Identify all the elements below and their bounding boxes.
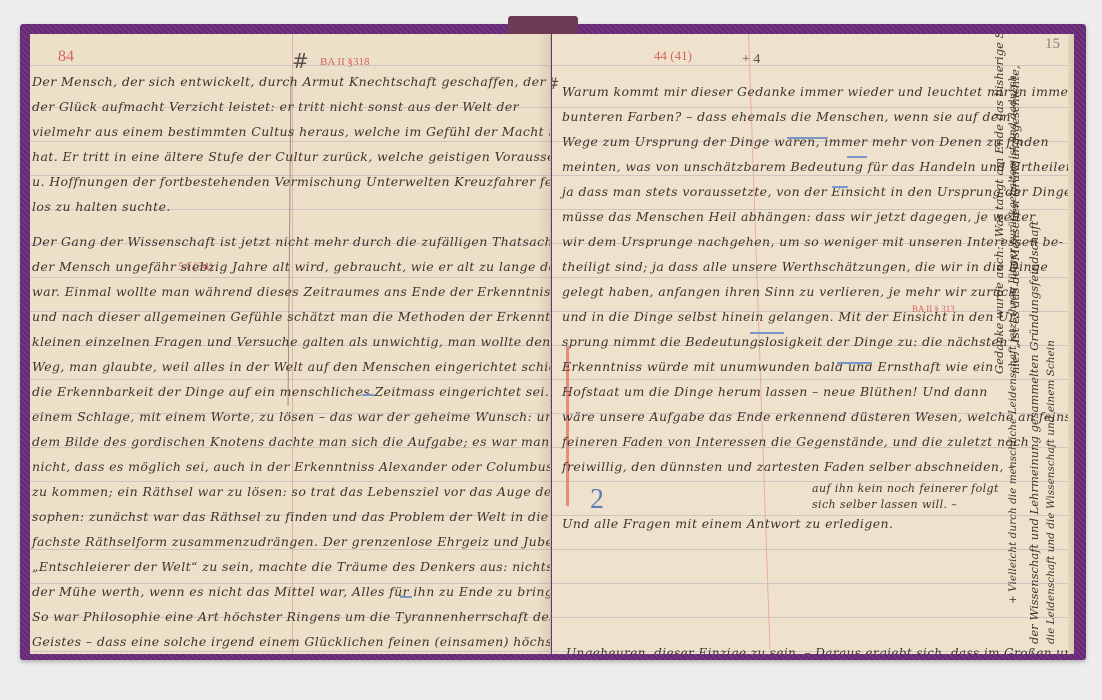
blue-pencil-number: 2 xyxy=(590,484,604,516)
text-line: Hofstaat um die Dinge herum lassen – neu… xyxy=(562,384,988,399)
text-line: „Entschleierer der Welt“ zu sein, machte… xyxy=(32,559,551,574)
margin-note-vertical: die Leidenschaft und die Wissenschaft un… xyxy=(1045,364,1057,644)
text-line: Weg, man glaubte, weil alles in der Welt… xyxy=(32,359,551,374)
text-line: dem Bilde des gordischen Knotens dachte … xyxy=(32,434,551,449)
text-line: einem Schlage, mit einem Worte, zu lösen… xyxy=(32,409,551,424)
margin-note-vertical: + Vielleicht durch die menschliche Leide… xyxy=(1007,364,1019,604)
text-line: müsse das Menschen Heil abhängen: dass w… xyxy=(562,209,1036,224)
archive-mark: BA II §318 xyxy=(320,56,370,68)
page-number-red: 44 (41) xyxy=(654,48,692,64)
text-line: Der Gang der Wissenschaft ist jetzt nich… xyxy=(32,234,551,249)
text-line: wäre unsere Aufgabe das Ende erkennend d… xyxy=(562,409,1074,424)
blue-underline xyxy=(847,156,867,158)
text-line: u. Hoffnungen der fortbestehenden Vermis… xyxy=(32,174,551,189)
text-line: und in die Dinge selbst hinein gelangen.… xyxy=(562,309,1020,324)
blue-underline xyxy=(837,362,872,364)
hash-mark: # xyxy=(552,74,559,93)
text-line: feineren Faden von Interessen die Gegens… xyxy=(562,434,1029,449)
text-line: gelegt haben, anfangen ihren Sinn zu ver… xyxy=(562,284,1016,299)
text-line: und nach dieser allgemeinen Gefühle schä… xyxy=(32,309,551,324)
header-mark: + 4 xyxy=(742,52,760,68)
text-line: der Mensch ungefähr siebzig Jahre alt wi… xyxy=(32,259,551,274)
text-line: war. Einmal wollte man während dieses Ze… xyxy=(32,284,551,299)
text-line: wir dem Ursprunge nachgehen, um so wenig… xyxy=(562,234,1063,249)
margin-note-vertical: Gedanke wurde auch: „Was taugt am Ende d… xyxy=(992,74,1006,374)
text-line: freiwillig, den dünnsten und zartesten F… xyxy=(562,459,1015,474)
blue-pencil-mark xyxy=(400,596,412,598)
text-line: nicht, dass es möglich sei, auch in der … xyxy=(32,459,551,474)
page-number: 84 xyxy=(58,48,74,66)
blue-underline xyxy=(750,332,784,334)
text-line: Der Mensch, der sich entwickelt, durch A… xyxy=(32,74,551,89)
page-number-pencil: 15 xyxy=(1045,36,1060,53)
blue-underline xyxy=(787,137,827,139)
right-page: 15 44 (41) + 4 # BA II § 313 2 Warum kom… xyxy=(552,34,1074,654)
text-line: fachste Räthselform zusammenzudrängen. D… xyxy=(32,534,551,549)
text-line: vielmehr aus einem bestimmten Cultus her… xyxy=(32,124,551,139)
text-line: Geistes – dass eine solche irgend einem … xyxy=(32,634,551,649)
text-line: der Mühe werth, wenn es nicht das Mittel… xyxy=(32,584,551,599)
margin-note-vertical: der Wissenschaft und Lehrmeinung gesamme… xyxy=(1027,64,1041,644)
text-line: auf ihn kein noch feinerer folgt xyxy=(812,482,999,495)
text-line: Und alle Fragen mit einem Antwort zu erl… xyxy=(562,516,893,531)
text-line: bunteren Farben? – dass ehemals die Mens… xyxy=(562,109,1011,124)
text-line: Erkenntniss würde mit unumwunden bald un… xyxy=(562,359,994,374)
text-line: So war Philosophie eine Art höchster Rin… xyxy=(32,609,551,624)
text-line: sich selber lassen will. – xyxy=(812,498,957,511)
bottom-text-line: Ungeheuren, dieser Einzige zu sein. – Da… xyxy=(566,646,1074,654)
text-line: hat. Er tritt in eine ältere Stufe der C… xyxy=(32,149,551,164)
text-line: die Erkennbarkeit der Dinge auf ein mens… xyxy=(32,384,551,399)
text-line: kleinen einzelnen Fragen und Versuche ga… xyxy=(32,334,551,349)
blue-pencil-mark xyxy=(362,394,374,396)
blue-underline xyxy=(832,186,848,188)
text-line: los zu halten suchte. xyxy=(32,199,171,214)
text-line: theiligt sind; ja dass alle unsere Werth… xyxy=(562,259,1048,274)
hash-mark: # xyxy=(292,49,309,73)
text-line: der Glück aufmacht Verzicht leistet: er … xyxy=(32,99,519,114)
text-line: zu kommen; ein Räthsel war zu lösen: so … xyxy=(32,484,551,499)
left-page: 84 # BA II §318 54 (34) Der Mensch, der … xyxy=(30,34,551,654)
text-line: sprung nimmt die Bedeutungslosigkeit der… xyxy=(562,334,1008,349)
text-line: sophen: zunächst war das Räthsel zu find… xyxy=(32,509,551,524)
